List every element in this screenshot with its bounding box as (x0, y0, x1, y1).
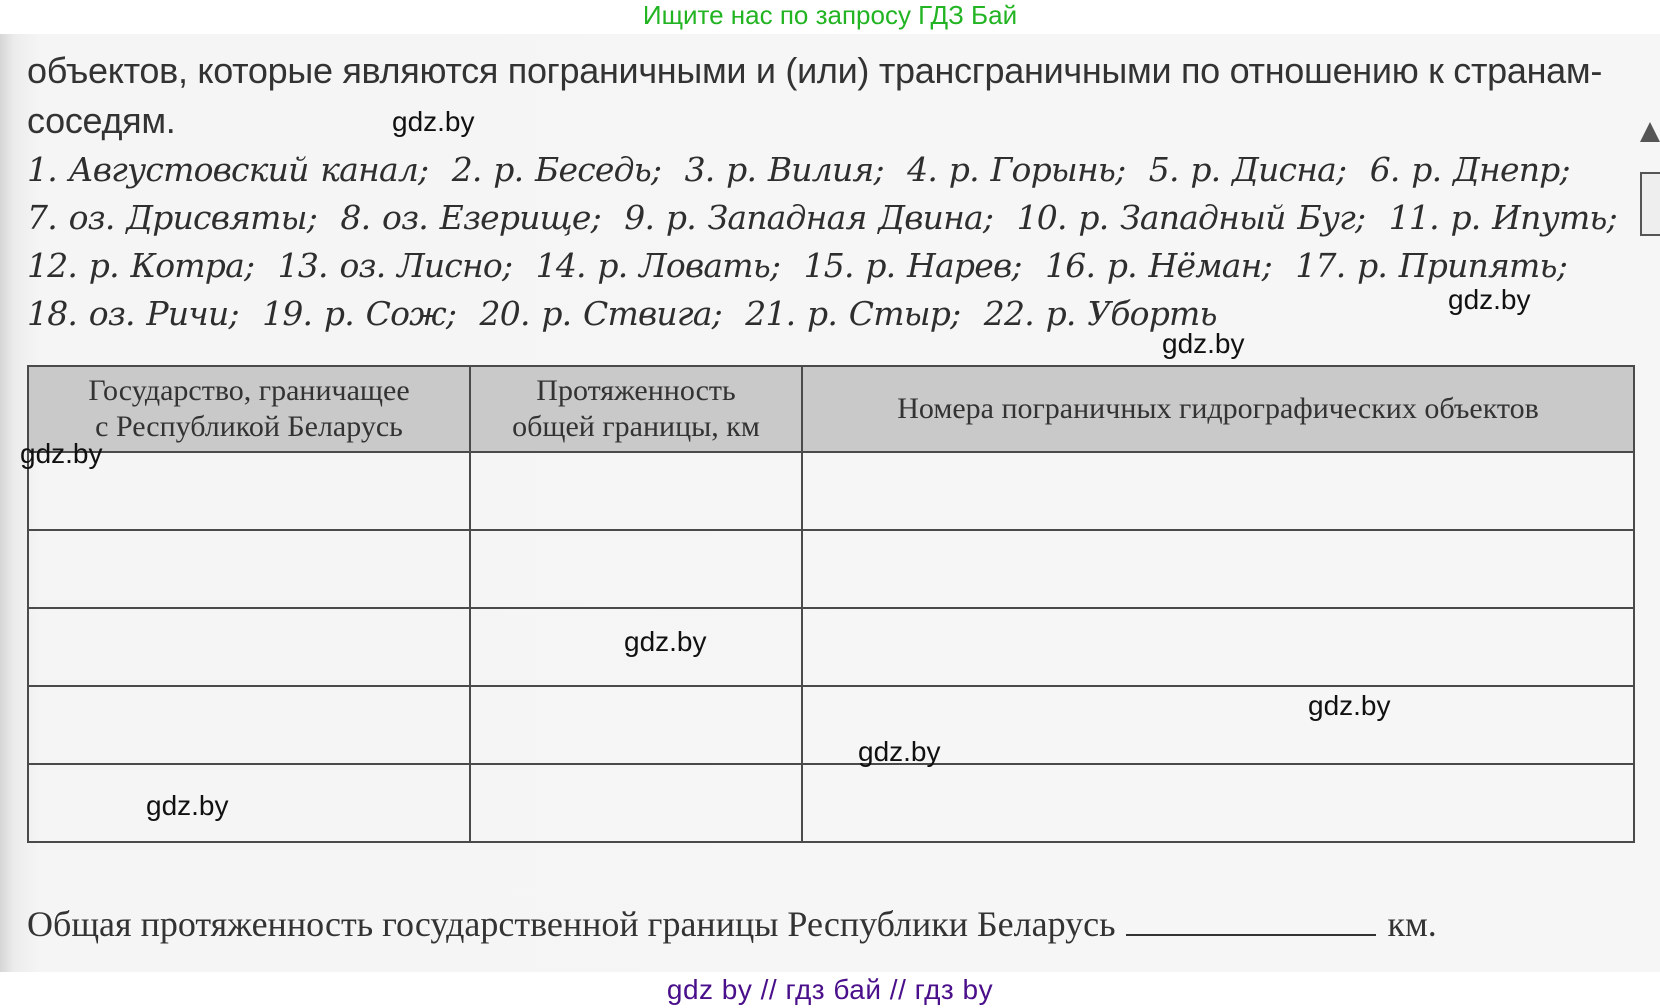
cell-length[interactable] (470, 764, 802, 842)
objects-list-line: 18. оз. Ричи; 19. р. Сож; 20. р. Ствига;… (27, 290, 1637, 338)
watermark: gdz.by (1162, 328, 1245, 360)
intro-sentence: объектов, которые являются пограничными … (27, 50, 1602, 141)
total-unit: км. (1388, 904, 1437, 944)
objects-list-line: 12. р. Котра; 13. оз. Лисно; 14. р. Лова… (27, 242, 1637, 290)
cell-length[interactable] (470, 686, 802, 764)
watermark: gdz.by (1308, 690, 1391, 722)
page-edge-triangle-icon (1640, 122, 1660, 144)
cell-length[interactable] (470, 452, 802, 530)
table-row (28, 608, 1634, 686)
watermark: gdz.by (858, 736, 941, 768)
cell-state[interactable] (28, 764, 470, 842)
table-header-row: Государство, граничащее с Республикой Бе… (28, 366, 1634, 452)
hydrographic-objects-list: 1. Августовский канал; 2. р. Беседь; 3. … (27, 146, 1637, 338)
cell-state[interactable] (28, 530, 470, 608)
cell-state[interactable] (28, 608, 470, 686)
page-edge-bracket-icon (1640, 172, 1660, 236)
cell-state[interactable] (28, 686, 470, 764)
watermark: gdz.by (20, 438, 103, 470)
watermark: gdz.by (146, 790, 229, 822)
cell-objects[interactable] (802, 530, 1634, 608)
site-footer-banner: gdz by // гдз бай // гдз by (0, 972, 1660, 1008)
total-border-length-line: Общая протяженность государственной гран… (27, 900, 1647, 948)
table-row (28, 530, 1634, 608)
task-intro-text: объектов, которые являются пограничными … (27, 46, 1647, 146)
border-states-table: Государство, граничащее с Республикой Бе… (27, 365, 1635, 843)
watermark: gdz.by (624, 626, 707, 658)
header-line: Номера пограничных гидрографических объе… (803, 391, 1633, 427)
header-border-length: Протяженность общей границы, км (470, 366, 802, 452)
cell-objects[interactable] (802, 608, 1634, 686)
header-line: общей границы, км (471, 409, 801, 445)
watermark: gdz.by (392, 106, 475, 138)
table-row (28, 686, 1634, 764)
cell-objects[interactable] (802, 452, 1634, 530)
objects-list-line: 7. оз. Дрисвяты; 8. оз. Езерище; 9. р. З… (27, 194, 1637, 242)
table-row (28, 764, 1634, 842)
watermark: gdz.by (1448, 284, 1531, 316)
total-length-blank[interactable] (1126, 904, 1376, 936)
cell-objects[interactable] (802, 764, 1634, 842)
table-row (28, 452, 1634, 530)
header-line: Протяженность (471, 373, 801, 409)
header-object-numbers: Номера пограничных гидрографических объе… (802, 366, 1634, 452)
header-line: Государство, граничащее (29, 373, 469, 409)
search-hint-banner: Ищите нас по запросу ГДЗ Бай (0, 0, 1660, 34)
objects-list-line: 1. Августовский канал; 2. р. Беседь; 3. … (27, 146, 1637, 194)
cell-length[interactable] (470, 530, 802, 608)
total-label: Общая протяженность государственной гран… (27, 904, 1116, 944)
